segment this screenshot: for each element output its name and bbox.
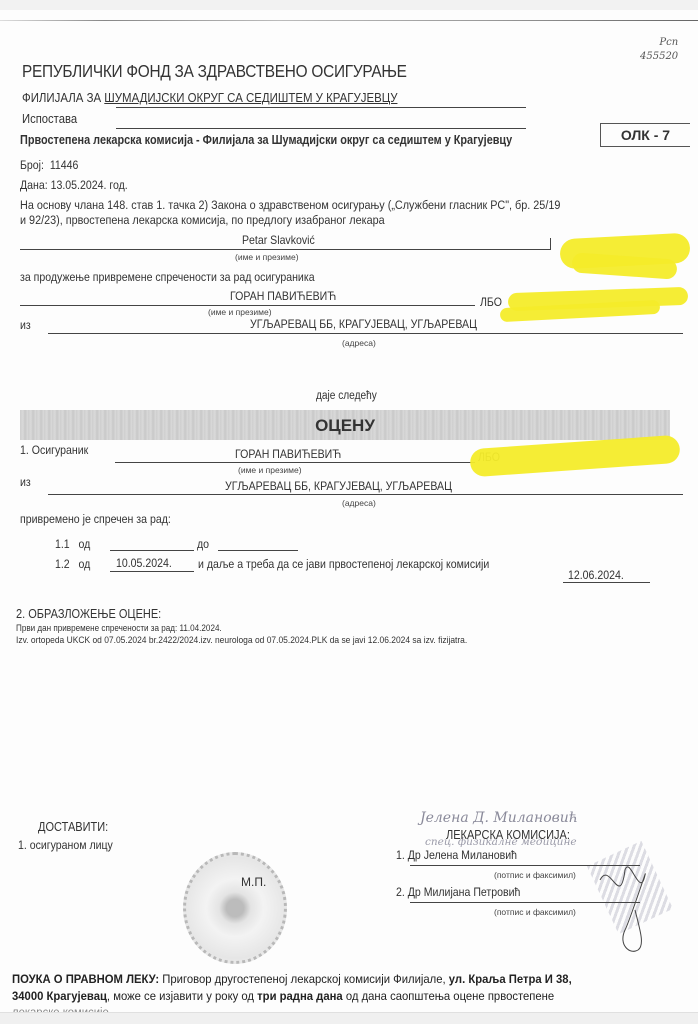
item-1-1-from-field (110, 550, 194, 551)
assessment-title-band: ОЦЕНУ (20, 410, 670, 440)
legal-remedy-line-3: лекарске комисије (12, 1004, 109, 1012)
commission-title: ЛЕКАРСКА КОМИСИЈА: (446, 828, 570, 842)
address-underline (48, 333, 683, 334)
office-underline (116, 128, 526, 129)
signature-icon (590, 850, 660, 960)
intro-line-1: На основу члана 148. став 1. тачка 2) За… (20, 198, 560, 212)
insured-name: ГОРАН ПАВИЋЕВИЋ (230, 289, 336, 303)
report-date-underline (563, 582, 650, 583)
rationale-line-1: Први дан привремене спречености за рад: … (16, 623, 222, 633)
assessment-address: УГЉАРЕВАЦ ББ, КРАГУЈЕВАЦ, УГЉАРЕВАЦ (225, 479, 452, 493)
item-1-2-continuation: и даље а треба да се јави првостепеној л… (198, 557, 489, 571)
doctor-code-bracket (550, 238, 551, 250)
date-line: Дана: 13.05.2024. год. (20, 178, 128, 192)
doctor-underline (20, 249, 550, 250)
referring-doctor-name: Petar Slavković (242, 233, 315, 247)
legal-remedy-label: ПОУКА О ПРАВНОМ ЛЕКУ: (12, 972, 159, 986)
item-1-1: 1.1 од (55, 537, 90, 551)
lbo-label: ЛБО (480, 295, 502, 309)
report-date: 12.06.2024. (568, 568, 624, 582)
viewer-bottom-bar (0, 1012, 698, 1024)
from-label: из (20, 318, 31, 332)
rationale-line-2: Izv. ortopeda UKCK od 07.05.2024 br.2422… (16, 635, 467, 646)
item-1-2: 1.2 од (55, 557, 90, 571)
incapacity-label: привремено је спречен за рад: (20, 512, 171, 526)
document-page: Рсп 455520 РЕПУБЛИЧКИ ФОНД ЗА ЗДРАВСТВЕН… (0, 10, 698, 1012)
item-1-2-from-date: 10.05.2024. (116, 556, 172, 570)
date-value: 13.05.2024. год. (51, 178, 128, 192)
assessment-insured-name: ГОРАН ПАВИЋЕВИЋ (235, 447, 341, 461)
commission-member-1: 1. Др Јелена Милановић (396, 848, 517, 862)
handwritten-note: Рсп 455520 (640, 36, 678, 64)
insured-underline (20, 305, 475, 306)
commission-title: Првостепена лекарска комисија - Филијала… (20, 133, 512, 147)
redaction-lbo-assessment (469, 435, 680, 478)
org-title: РЕПУБЛИЧКИ ФОНД ЗА ЗДРАВСТВЕНО ОСИГУРАЊЕ (22, 61, 407, 82)
rationale-title: 2. ОБРАЗЛОЖЕЊЕ ОЦЕНЕ: (16, 607, 161, 621)
office-label: Испостава (22, 112, 77, 126)
top-rule (0, 20, 698, 21)
number-line: Број: 11446 (20, 158, 78, 172)
delivery-title: ДОСТАВИТИ: (38, 820, 108, 834)
facsimile-name: Јелена Д. Милановић (420, 810, 578, 826)
item-1-2-from-underline (110, 571, 194, 572)
stamp-label: М.П. (241, 875, 266, 889)
item-1-1-to-field (218, 550, 298, 551)
form-code-box: ОЛК - 7 (600, 123, 690, 147)
branch-name: ШУМАДИЈСКИ ОКРУГ СА СЕДИШТЕМ У КРАГУЈЕВЦ… (104, 90, 397, 105)
number-value: 11446 (50, 158, 79, 172)
assessment-from-label: из (20, 475, 31, 489)
assessment-address-underline (48, 494, 683, 495)
insured-label: 1. Осигураник (20, 443, 88, 457)
intro-line-2: и 92/23), првостепена лекарска комисија,… (20, 213, 385, 227)
official-stamp: М.П. (183, 852, 287, 964)
legal-remedy-line-2: 34000 Крагујевац, може се изјавити у рок… (12, 988, 554, 1005)
gives-label: даје следећу (316, 390, 377, 402)
assessment-title: ОЦЕНУ (20, 416, 670, 436)
commission-member-2: 2. Др Милијана Петровић (396, 885, 520, 899)
legal-remedy-line-1: ПОУКА О ПРАВНОМ ЛЕКУ: Приговор другостеп… (12, 971, 572, 988)
insured-address: УГЉАРЕВАЦ ББ, КРАГУЈЕВАЦ, УГЉАРЕВАЦ (250, 317, 477, 331)
branch-line: ФИЛИЈАЛА ЗА ШУМАДИЈСКИ ОКРУГ СА СЕДИШТЕМ… (22, 90, 397, 105)
delivery-item-1: 1. осигураном лицу (18, 838, 113, 852)
assessment-name-underline (115, 462, 475, 463)
branch-underline (116, 107, 526, 108)
purpose-line: за продужење привремене спречености за р… (20, 270, 315, 284)
